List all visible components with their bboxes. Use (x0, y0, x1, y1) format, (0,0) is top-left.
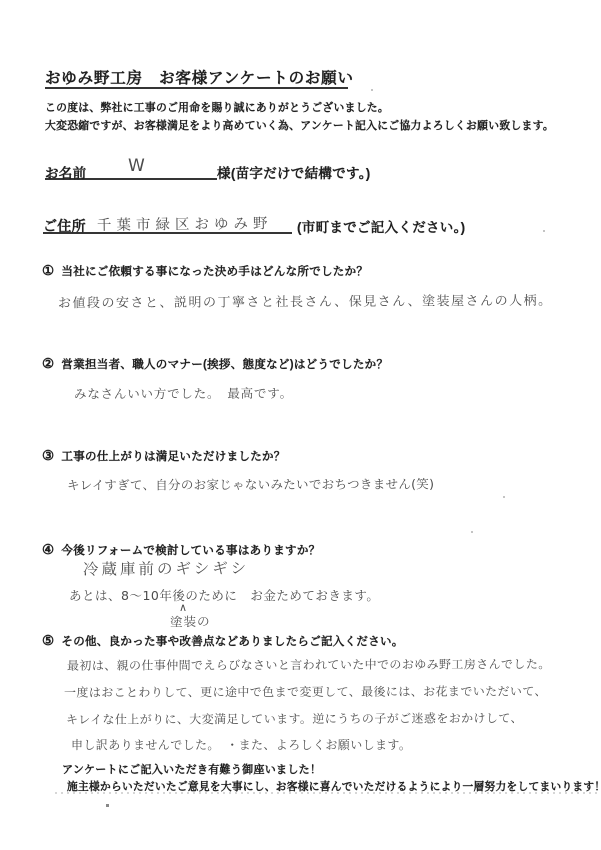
question-5-text: その他、良かった事や改善点などありましたらご記入ください。 (61, 636, 403, 648)
question-1-answer-handwritten: お値段の安さと、説明の丁寧さと社長さん、保見さん、塗装屋さんの人柄。 (58, 290, 553, 312)
name-sama: 様 (217, 166, 231, 181)
question-2-text: 営業担当者、職人のマナー(挨拶、態度など)はどうでしたか？ (61, 359, 388, 371)
question-5-number: ⑤ (42, 633, 54, 648)
question-4-answer-line-2-handwritten: あとは、8～10年後のために お金ためておきます。 (69, 586, 379, 604)
question-4: ④今後リフォームで検討している事はありますか？ (42, 542, 320, 558)
intro-line-2: 大変恐縮ですが、お客様満足をより高めていく為、アンケート記入にご協力よろしくお願… (45, 118, 554, 133)
question-3: ③工事の仕上がりは満足いただけましたか？ (42, 448, 286, 464)
address-underline (43, 232, 292, 234)
scan-speck (371, 89, 373, 91)
title-underline (45, 87, 348, 89)
name-value-handwritten: W (128, 156, 145, 176)
question-3-answer-handwritten: キレイすぎて、自分のお家じゃないみたいでおちつきません(笑) (67, 474, 434, 493)
question-5-answer-line-2-handwritten: 一度はおことわりして、更に途中で色まで変更して、最後には、お花までいただいて、 (64, 682, 547, 700)
insertion-text-handwritten: 塗装の (170, 612, 211, 631)
question-3-text: 工事の仕上がりは満足いただけましたか？ (61, 451, 285, 463)
name-underline (45, 178, 217, 180)
question-2-number: ② (42, 356, 54, 371)
scan-speck (503, 496, 505, 498)
question-1: ①当社にご依頼する事になった決め手はどんな所でしたか？ (42, 263, 368, 279)
question-4-text: 今後リフォームで検討している事はありますか？ (61, 545, 320, 557)
question-5-answer-line-3-handwritten: キレイな仕上がりに、大変満足しています。逆にうちの子がご迷惑をおかけして、 (66, 709, 523, 728)
question-5-answer-line-4-handwritten: 申し訳ありませんでした。 ・また、よろしくお願いします。 (71, 736, 411, 753)
intro-line-1: この度は、弊社に工事のご用命を賜り誠にありがとうございました。 (45, 100, 389, 115)
scan-speck (543, 230, 545, 232)
question-2-answer-handwritten: みなさんいい方でした。 最高です。 (74, 384, 293, 403)
scan-artifact-line (55, 792, 601, 794)
footer-line-1: アンケートにご記入いただき有難う御座いました！ (62, 761, 321, 777)
page-title: おゆみ野工房 お客様アンケートのお願い (45, 66, 354, 88)
name-suffix: 様(苗字だけで結構です。) (217, 162, 371, 182)
question-4-number: ④ (42, 542, 54, 557)
question-1-text: 当社にご依頼する事になった決め手はどんな所でしたか？ (61, 266, 368, 278)
scan-speck (106, 804, 109, 807)
address-note: (市町までご記入ください。) (297, 216, 465, 236)
question-5: ⑤その他、良かった事や改善点などありましたらご記入ください。 (42, 633, 404, 649)
question-5-answer-line-1-handwritten: 最初は、親の仕事仲間でえらびなさいと言われていた中でのおゆみ野工房さんでした。 (67, 655, 551, 674)
scanned-survey-page: おゆみ野工房 お客様アンケートのお願い この度は、弊社に工事のご用命を賜り誠にあ… (0, 0, 601, 850)
scan-speck (471, 531, 473, 533)
name-note: (苗字だけで結構です。) (231, 166, 371, 181)
question-3-number: ③ (42, 448, 54, 463)
question-4-answer-line-1-handwritten: 冷蔵庫前のギシギシ (83, 556, 249, 579)
question-1-number: ① (42, 263, 54, 278)
question-2: ②営業担当者、職人のマナー(挨拶、態度など)はどうでしたか？ (42, 356, 388, 372)
